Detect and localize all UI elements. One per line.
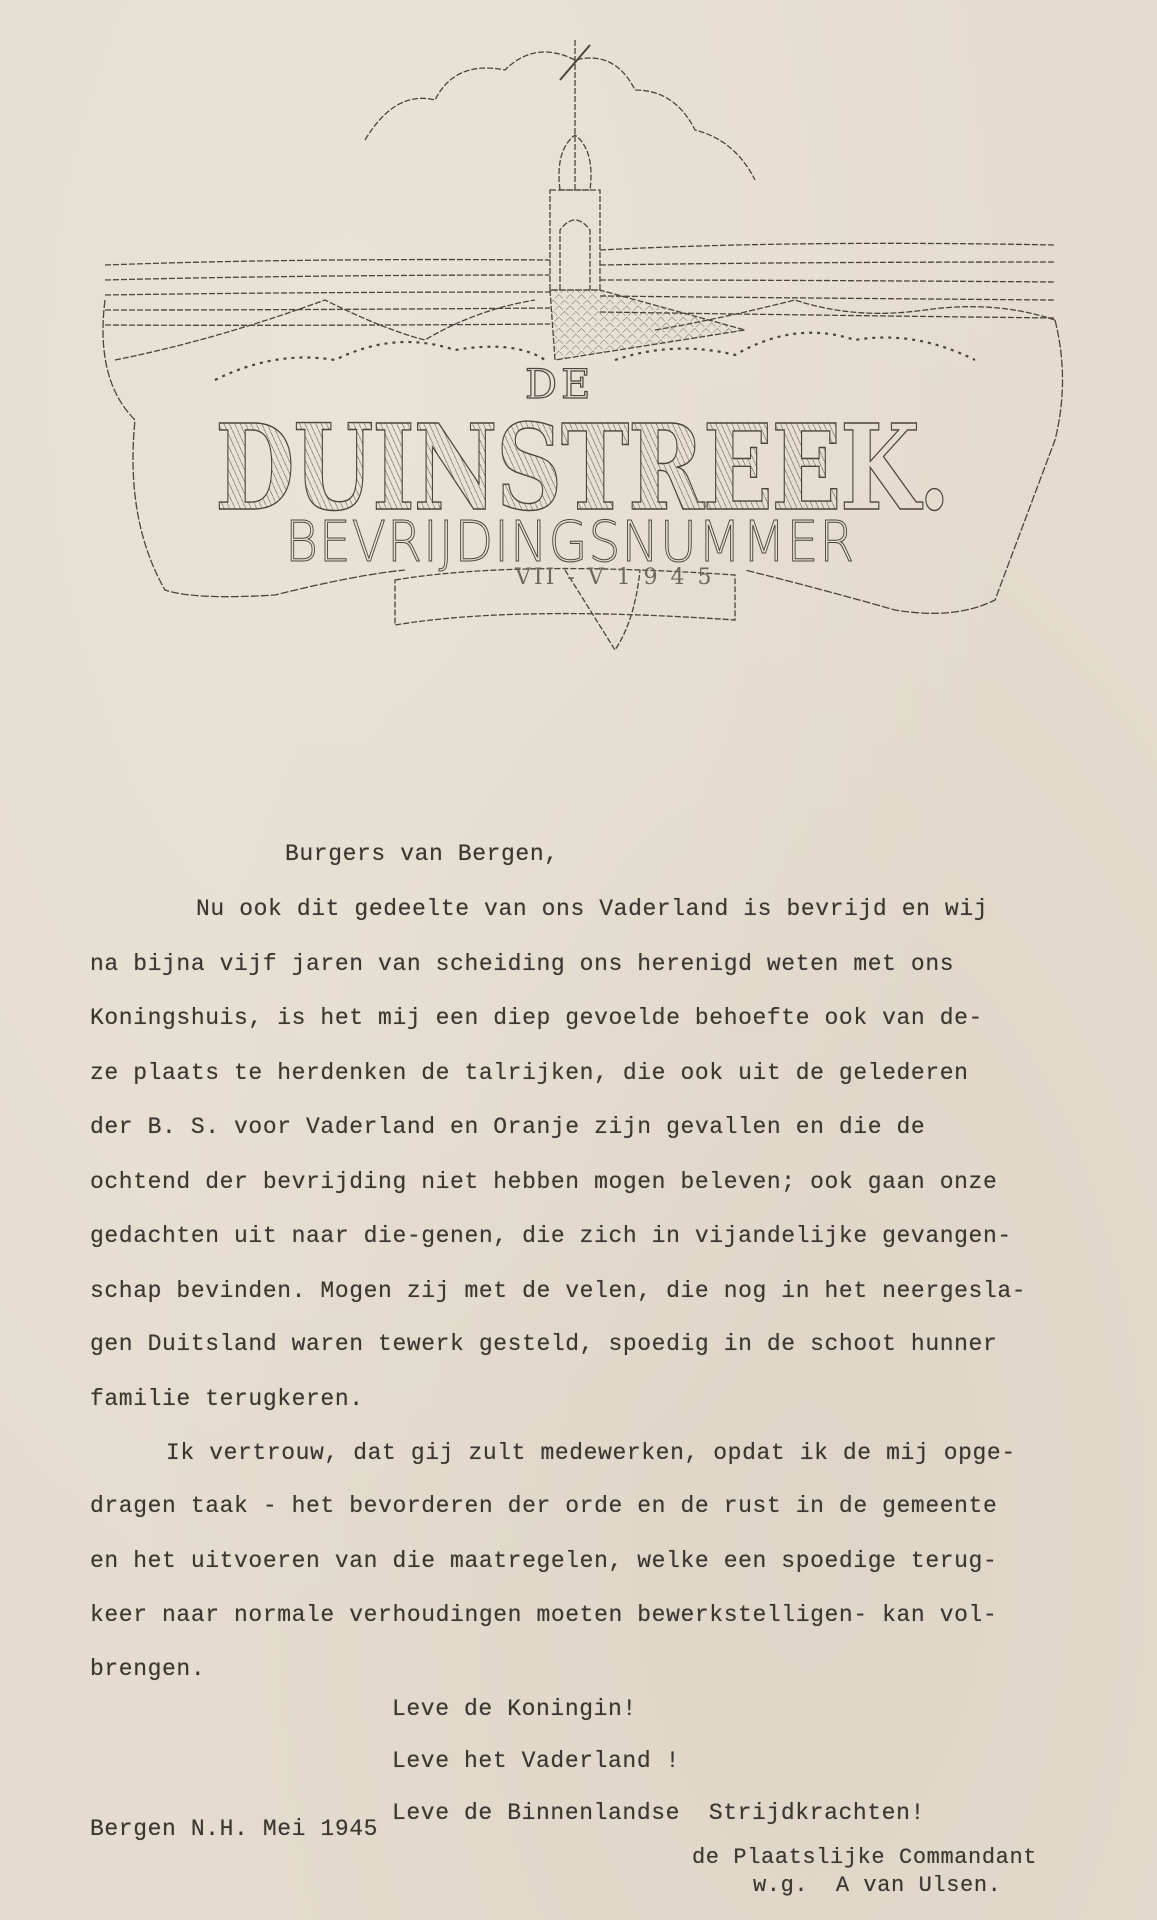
paragraph-line: Ik vertrouw, dat gij zult medewerken, op… [166,1442,1016,1465]
paragraph-line: gedachten uit naar die-genen, die zich i… [90,1225,1012,1248]
paragraph-line: familie terugkeren. [90,1388,364,1411]
paragraph-line: en het uitvoeren van die maatregelen, we… [90,1550,997,1573]
cheer-line: Leve de Binnenlandse Strijdkrachten! [392,1802,925,1825]
paragraph-line: Nu ook dit gedeelte van ons Vaderland is… [196,898,988,921]
paragraph-line: brengen. [90,1658,205,1681]
paragraph-line: Koningshuis, is het mij een diep gevoeld… [90,1007,983,1030]
paragraph-line: ze plaats te herdenken de talrijken, die… [90,1062,969,1085]
paragraph-line: schap bevinden. Mogen zij met de velen, … [90,1280,1026,1303]
cheer-line: Leve het Vaderland ! [392,1750,680,1773]
masthead: DE DUINSTREEK. BEVRIJDINGSNUMMER VII - V… [95,0,1070,680]
paragraph-line: dragen taak - het bevorderen der orde en… [90,1495,997,1518]
signature-name: w.g. A van Ulsen. [753,1875,1001,1897]
paragraph-line: gen Duitsland waren tewerk gesteld, spoe… [90,1333,997,1356]
signature-title: de Plaatslijke Commandant [692,1847,1037,1869]
salutation: Burgers van Bergen, [285,843,559,866]
place-date: Bergen N.H. Mei 1945 [90,1818,378,1841]
cheer-line: Leve de Koningin! [392,1698,637,1721]
paragraph-line: keer naar normale verhoudingen moeten be… [90,1604,997,1627]
paragraph-line: ochtend der bevrijding niet hebben mogen… [90,1171,997,1194]
masthead-ribbon-text: VII - V 1 9 4 5 [515,565,715,590]
paragraph-line: na bijna vijf jaren van scheiding ons he… [90,953,954,976]
paragraph-line: der B. S. voor Vaderland en Oranje zijn … [90,1116,925,1139]
